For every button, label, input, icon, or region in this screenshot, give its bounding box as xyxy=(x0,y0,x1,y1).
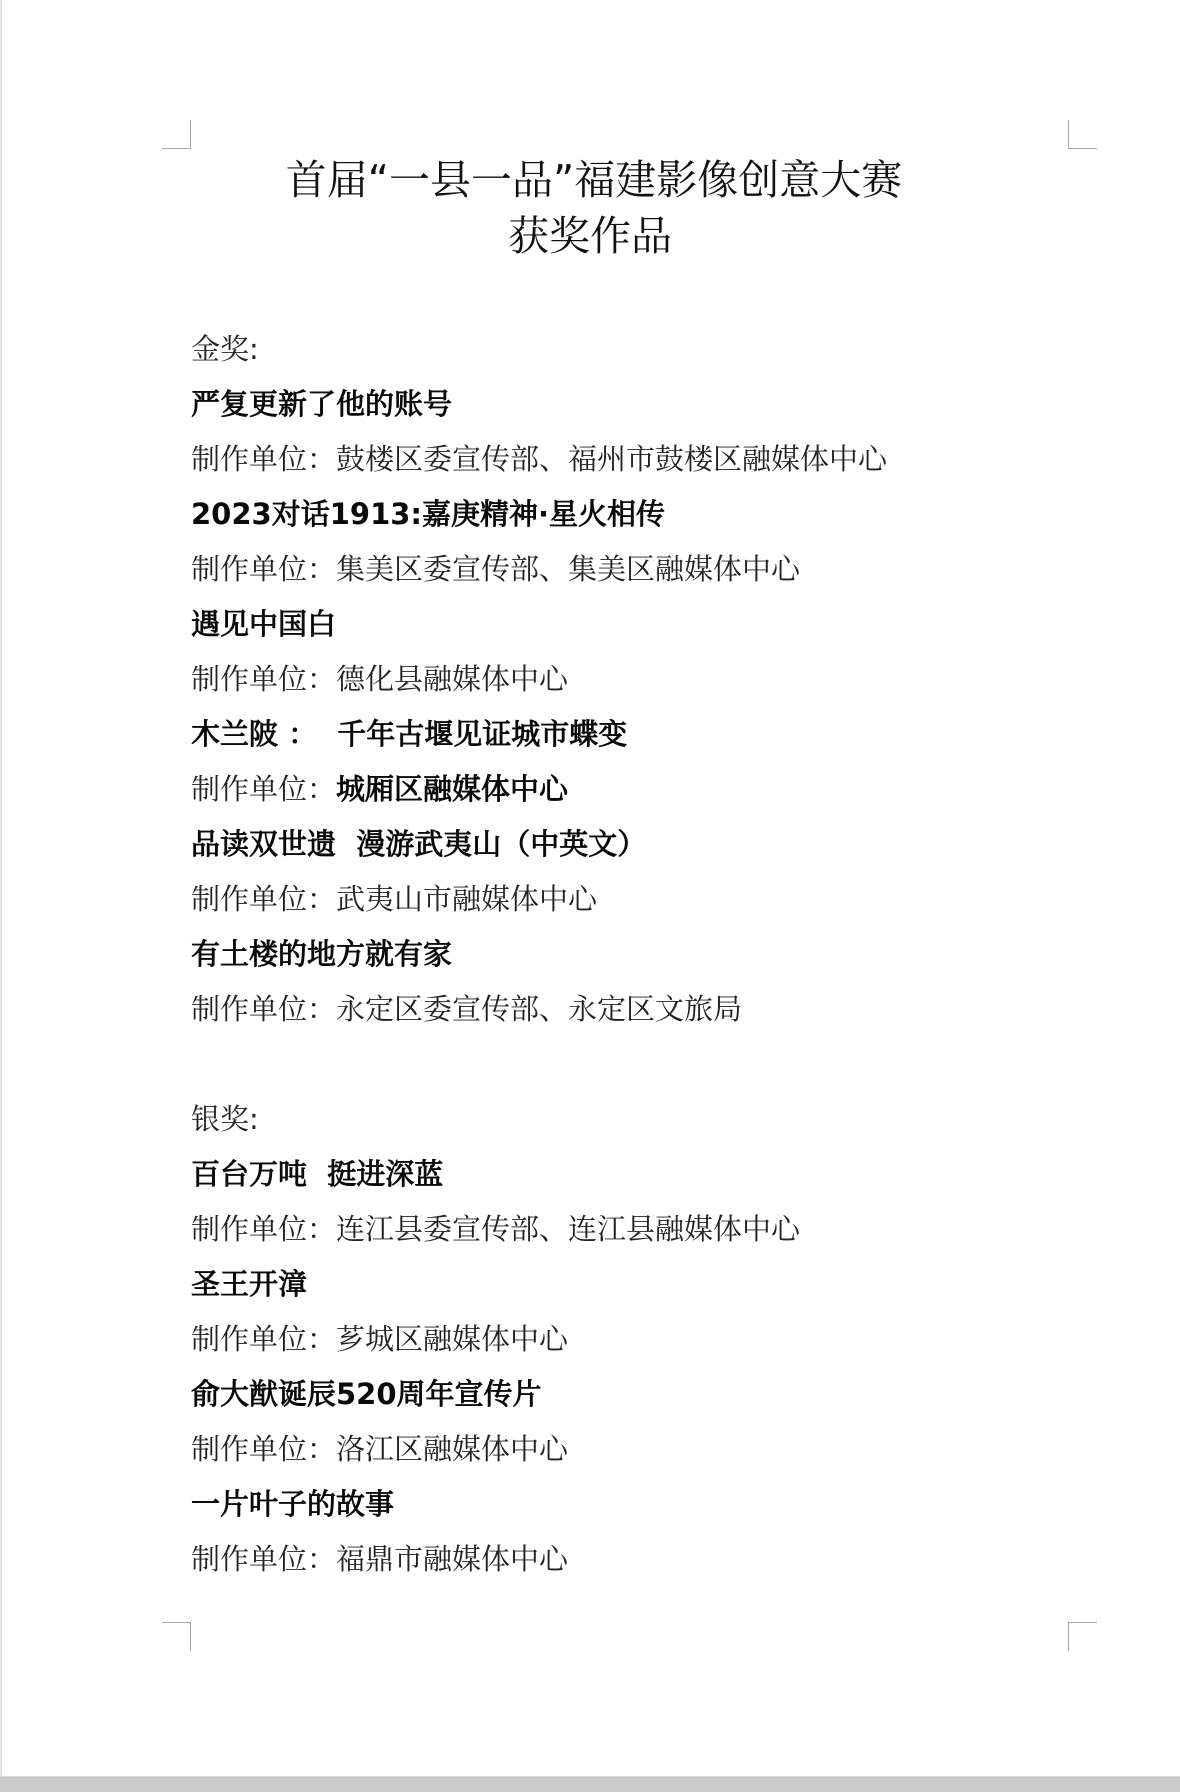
producer-line: 制作单位：福鼎市融媒体中心 xyxy=(191,1532,1071,1587)
work-title: 木兰陂 ： 千年古堰见证城市蝶变 xyxy=(191,707,1071,762)
producer-value: 德化县融媒体中心 xyxy=(336,662,568,696)
work-title: 遇见中国白 xyxy=(191,597,1071,652)
title-line-2: 获奖作品 xyxy=(0,208,1180,264)
work-title: 俞大猷诞辰520周年宣传片 xyxy=(191,1367,1071,1422)
work-title: 品读双世遗 漫游武夷山（中英文） xyxy=(191,817,1071,872)
work-title: 有土楼的地方就有家 xyxy=(191,927,1071,982)
producer-prefix: 制作单位： xyxy=(191,882,336,916)
producer-value: 城厢区融媒体中心 xyxy=(336,772,568,806)
title-line-1: 首届“一县一品”福建影像创意大赛 xyxy=(0,152,1180,208)
section-spacer xyxy=(191,1037,1071,1092)
producer-prefix: 制作单位： xyxy=(191,442,336,476)
producer-line: 制作单位：洛江区融媒体中心 xyxy=(191,1422,1071,1477)
producer-prefix: 制作单位： xyxy=(191,1322,336,1356)
section-gold-award: 金奖: 严复更新了他的账号 制作单位：鼓楼区委宣传部、福州市鼓楼区融媒体中心 2… xyxy=(191,322,1071,1037)
page-bottom-scroll-bar xyxy=(0,1776,1180,1792)
producer-prefix: 制作单位： xyxy=(191,992,336,1026)
work-title: 2023对话1913:嘉庚精神·星火相传 xyxy=(191,487,1071,542)
page-left-edge xyxy=(0,0,2,1776)
document-title: 首届“一县一品”福建影像创意大赛 获奖作品 xyxy=(0,152,1180,264)
producer-prefix: 制作单位： xyxy=(191,1542,336,1576)
producer-line: 制作单位：永定区委宣传部、永定区文旅局 xyxy=(191,982,1071,1037)
producer-line: 制作单位：德化县融媒体中心 xyxy=(191,652,1071,707)
producer-prefix: 制作单位： xyxy=(191,1212,336,1246)
producer-value: 福鼎市融媒体中心 xyxy=(336,1542,568,1576)
producer-line: 制作单位：连江县委宣传部、连江县融媒体中心 xyxy=(191,1202,1071,1257)
producer-prefix: 制作单位： xyxy=(191,662,336,696)
work-title: 圣王开漳 xyxy=(191,1257,1071,1312)
work-title: 严复更新了他的账号 xyxy=(191,377,1071,432)
section-silver-award: 银奖: 百台万吨 挺进深蓝 制作单位：连江县委宣传部、连江县融媒体中心 圣王开漳… xyxy=(191,1092,1071,1587)
margin-corner-mark-top-left xyxy=(162,120,191,149)
producer-line: 制作单位：鼓楼区委宣传部、福州市鼓楼区融媒体中心 xyxy=(191,432,1071,487)
award-label-silver: 银奖: xyxy=(191,1092,1071,1147)
producer-prefix: 制作单位： xyxy=(191,772,336,806)
producer-value: 芗城区融媒体中心 xyxy=(336,1322,568,1356)
producer-value: 连江县委宣传部、连江县融媒体中心 xyxy=(336,1212,800,1246)
producer-prefix: 制作单位： xyxy=(191,1432,336,1466)
producer-line: 制作单位：武夷山市融媒体中心 xyxy=(191,872,1071,927)
producer-value: 鼓楼区委宣传部、福州市鼓楼区融媒体中心 xyxy=(336,442,887,476)
producer-line: 制作单位：集美区委宣传部、集美区融媒体中心 xyxy=(191,542,1071,597)
producer-prefix: 制作单位： xyxy=(191,552,336,586)
work-title: 一片叶子的故事 xyxy=(191,1477,1071,1532)
producer-value: 洛江区融媒体中心 xyxy=(336,1432,568,1466)
producer-line: 制作单位：城厢区融媒体中心 xyxy=(191,762,1071,817)
producer-value: 集美区委宣传部、集美区融媒体中心 xyxy=(336,552,800,586)
margin-corner-mark-bottom-right xyxy=(1068,1622,1097,1651)
margin-corner-mark-bottom-left xyxy=(162,1622,191,1651)
producer-line: 制作单位：芗城区融媒体中心 xyxy=(191,1312,1071,1367)
award-label-gold: 金奖: xyxy=(191,322,1071,377)
producer-value: 武夷山市融媒体中心 xyxy=(336,882,597,916)
work-title: 百台万吨 挺进深蓝 xyxy=(191,1147,1071,1202)
margin-corner-mark-top-right xyxy=(1068,120,1097,149)
document-body: 金奖: 严复更新了他的账号 制作单位：鼓楼区委宣传部、福州市鼓楼区融媒体中心 2… xyxy=(191,322,1071,1587)
producer-value: 永定区委宣传部、永定区文旅局 xyxy=(336,992,742,1026)
